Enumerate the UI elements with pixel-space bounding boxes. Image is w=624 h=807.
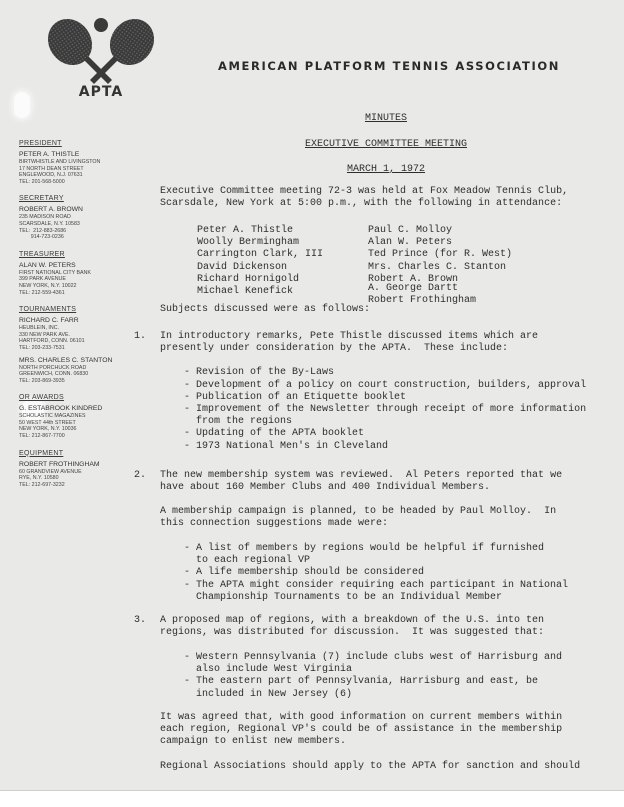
officer-section: SECRETARYROBERT A. BROWN235 MADISON ROAD…	[19, 195, 139, 240]
attendee-name: David Dickenson	[197, 262, 287, 274]
officer-section: OR AWARDSG. ESTABROOK KINDREDSCHOLASTIC …	[19, 394, 139, 439]
bullet-item: - 1973 National Men's in Cleveland	[184, 441, 388, 453]
officer-address-line: SCARSDALE, N.Y. 10583	[19, 221, 139, 228]
officer-name: RICHARD C. FARR	[19, 317, 139, 325]
officer-address-line: 399 PARK AVENUE	[19, 276, 139, 283]
officer-name: ALAN W. PETERS	[19, 262, 139, 270]
item-text: A proposed map of regions, with a breakd…	[160, 615, 544, 627]
item-number: 3.	[134, 615, 146, 627]
officer-address-line: TEL: 212-867-7700	[19, 433, 139, 440]
item-text: It was agreed that, with good informatio…	[160, 712, 562, 724]
officer-name: PETER A. THISTLE	[19, 151, 139, 159]
officer-address-line: TEL: 203-233-7531	[19, 345, 139, 352]
officer-role-heading: EQUIPMENT	[19, 450, 139, 457]
officer-role-heading: TREASURER	[19, 251, 139, 258]
attendee-name: Carrington Clark, III	[197, 249, 323, 261]
officer-address-line: FIRST NATIONAL CITY BANK	[19, 270, 139, 277]
bullet-item: - A list of members by regions would be …	[184, 543, 544, 555]
officer-address-line: ENGLEWOOD, N.J. 07631	[19, 172, 139, 179]
bullet-item: - Development of a policy on court const…	[184, 380, 586, 392]
officer-role-heading: SECRETARY	[19, 195, 139, 202]
officer-address-line: TEL: 212-883-2686	[19, 228, 139, 235]
officer-name: G. ESTABROOK KINDRED	[19, 405, 139, 413]
officer-address-line: SCHOLASTIC MAGAZINES	[19, 413, 139, 420]
officer-address-line: 235 MADISON ROAD	[19, 214, 139, 221]
item-number: 1.	[134, 331, 146, 343]
officer-section: TREASURERALAN W. PETERSFIRST NATIONAL CI…	[19, 251, 139, 296]
intro-text: Executive Committee meeting 72-3 was hel…	[160, 186, 568, 198]
bullet-item: to each regional VP	[184, 555, 310, 567]
attendee-name: Mrs. Charles C. Stanton	[368, 262, 506, 274]
meeting-date: MARCH 1, 1972	[266, 164, 506, 176]
officer-name: ROBERT A. BROWN	[19, 206, 139, 214]
item-text: campaign to enlist new members.	[160, 736, 346, 748]
item-text: Regional Associations should apply to th…	[160, 761, 580, 773]
officer-address-line: 17 NORTH DEAN STREET	[19, 166, 139, 173]
apta-logo: APTA	[36, 8, 166, 100]
officer-address-line: GREENWICH, CONN. 06830	[19, 371, 139, 378]
attendee-name: Woolly Bermingham	[197, 237, 299, 249]
attendee-name: Alan W. Peters	[368, 237, 452, 249]
officer-address-line: 60 GRANDVIEW AVENUE	[19, 469, 139, 476]
officer-section: PRESIDENTPETER A. THISTLEBIRTWHISTLE AND…	[19, 140, 139, 185]
officer-address-line: RYE, N.Y. 10580	[19, 475, 139, 482]
organization-name: AMERICAN PLATFORM TENNIS ASSOCIATION	[218, 59, 560, 73]
officer-address-line: NORTH PORCHUCK ROAD	[19, 365, 139, 372]
item-text: The new membership system was reviewed. …	[160, 470, 562, 482]
item-text: this connection suggestions made were:	[160, 518, 388, 530]
officer-name: ROBERT FROTHINGHAM	[19, 461, 139, 469]
item-text: regions, was distributed for discussion.…	[160, 627, 544, 639]
bullet-item: - Improvement of the Newsletter through …	[184, 404, 586, 416]
item-number: 2.	[134, 470, 146, 482]
officer-address-line: 50 WEST 44th STREET	[19, 420, 139, 427]
item-text: have about 160 Member Clubs and 400 Indi…	[160, 482, 490, 494]
attendee-name: Ted Prince (for R. West)	[368, 249, 512, 261]
officer-address-line: 330 NEW PARK AVE.	[19, 332, 139, 339]
officer-address-line: 914-723-0236	[19, 234, 139, 241]
intro-text: Scarsdale, New York at 5:00 p.m., with t…	[160, 198, 562, 210]
officer-address-line: NEW YORK, N.Y. 10036	[19, 426, 139, 433]
officer-role-heading: PRESIDENT	[19, 140, 139, 147]
officer-address-line: TEL: 201-568-5000	[19, 179, 139, 186]
officer-name: MRS. CHARLES C. STANTON	[19, 357, 139, 365]
bullet-item: - Updating of the APTA booklet	[184, 428, 364, 440]
officer-role-heading: TOURNAMENTS	[19, 306, 139, 313]
attendee-name: Peter A. Thistle	[197, 225, 293, 237]
svg-text:APTA: APTA	[79, 84, 123, 100]
bullet-item: from the regions	[184, 416, 292, 428]
item-text: In introductory remarks, Pete Thistle di…	[160, 331, 538, 343]
officer-address-line: HEUBLEIN, INC.	[19, 325, 139, 332]
officer-section: TOURNAMENTSRICHARD C. FARRHEUBLEIN, INC.…	[19, 306, 139, 384]
officer-section: EQUIPMENTROBERT FROTHINGHAM60 GRANDVIEW …	[19, 450, 139, 489]
bullet-item: - The eastern part of Pennsylvania, Harr…	[184, 676, 538, 688]
attendee-name: A. George Dartt	[368, 283, 458, 295]
bullet-item: also include West Virginia	[184, 664, 352, 676]
bullet-item: - A life membership should be considered	[184, 567, 424, 579]
officer-address-line: HARTFORD, CONN. 06101	[19, 338, 139, 345]
officer-address-line: TEL: 203-869-3935	[19, 378, 139, 385]
bullet-item: - Publication of an Etiquette booklet	[184, 392, 406, 404]
attendee-name: Richard Hornigold	[197, 274, 299, 286]
minutes-title: MINUTES	[266, 113, 506, 125]
item-text: each region, Regional VP's could be of a…	[160, 724, 562, 736]
bullet-item: - Western Pennsylvania (7) include clubs…	[184, 652, 562, 664]
meeting-title: EXECUTIVE COMMITTEE MEETING	[266, 139, 506, 151]
ball-icon	[94, 18, 108, 32]
officer-address-line: TEL: 212-559-4361	[19, 290, 139, 297]
subjects-intro: Subjects discussed were as follows:	[160, 304, 370, 316]
attendee-name: Robert Frothingham	[368, 295, 476, 307]
officer-address-line: TEL: 212-697-3232	[19, 482, 139, 489]
document-page: APTA AMERICAN PLATFORM TENNIS ASSOCIATIO…	[0, 0, 624, 791]
bullet-item: - Revision of the By-Laws	[184, 367, 334, 379]
officers-sidebar: PRESIDENTPETER A. THISTLEBIRTWHISTLE AND…	[19, 140, 139, 498]
bullet-item: - The APTA might consider requiring each…	[184, 580, 568, 592]
officer-role-heading: OR AWARDS	[19, 394, 139, 401]
officer-address-line: NEW YORK, N.Y. 10022	[19, 283, 139, 290]
punch-hole	[14, 92, 30, 118]
item-text: A membership campaign is planned, to be …	[160, 506, 556, 518]
officer-address-line: BIRTWHISTLE AND LIVINGSTON	[19, 159, 139, 166]
bullet-item: Championship Tournaments to be an Indivi…	[184, 592, 502, 604]
attendee-name: Michael Kenefick	[197, 286, 293, 298]
attendee-name: Paul C. Molloy	[368, 225, 452, 237]
bullet-item: included in New Jersey (6)	[184, 689, 352, 701]
item-text: presently under consideration by the APT…	[160, 343, 508, 355]
